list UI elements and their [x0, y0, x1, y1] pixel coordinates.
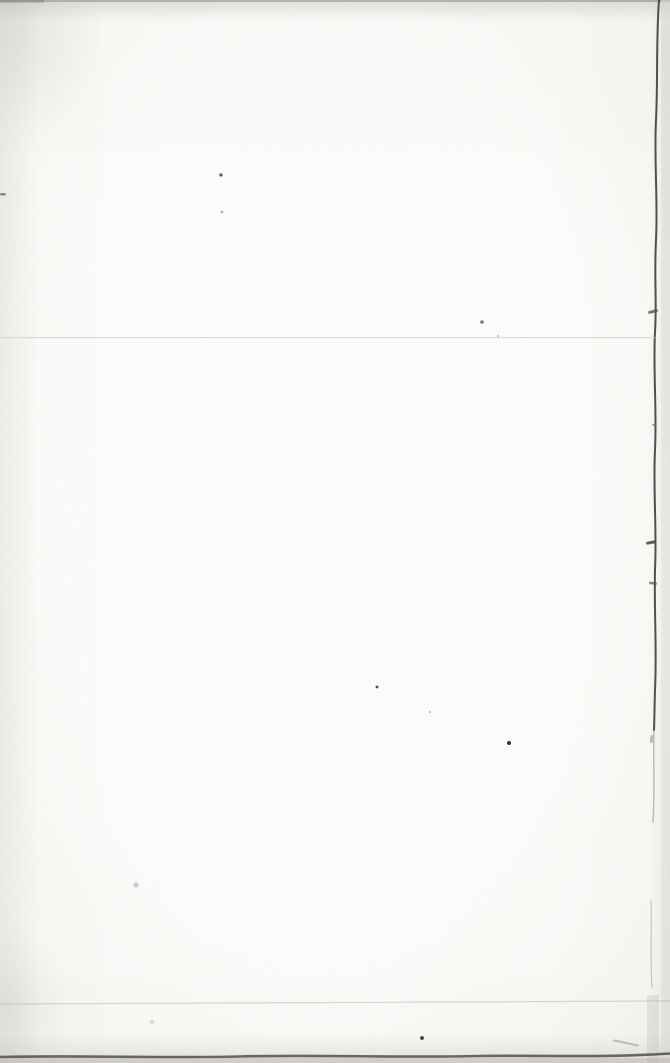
book-edge-line-faded: [653, 730, 654, 822]
paper-grain: [0, 0, 670, 1063]
ink-speck: [480, 320, 484, 324]
below-bottom-band: [0, 1058, 670, 1063]
ink-speck: [376, 686, 379, 689]
top-edge-line-left-segment: [0, 0, 44, 3]
ink-speck: [497, 335, 499, 337]
ink-speck: [221, 211, 224, 214]
top-edge-line: [0, 0, 670, 2]
scan-mark: [0, 193, 6, 196]
faint-scan-line-upper: [0, 337, 656, 338]
paper-grain-bottom-band: [0, 980, 670, 1063]
scan-artifacts-layer: [0, 0, 670, 1063]
right-margin-shade: [661, 0, 670, 1063]
paper-grain-top-band: [0, 0, 670, 150]
paper-grain-left-band: [0, 0, 100, 1063]
ink-speck: [219, 173, 222, 176]
ink-speck: [507, 741, 511, 745]
bottom-right-corner-noise: [647, 995, 659, 1063]
paper-grain-right-band: [590, 0, 670, 1063]
scan-mark: [652, 424, 656, 426]
ink-speck: [133, 882, 138, 887]
scanned-page: [0, 0, 670, 1063]
ink-speck: [429, 711, 431, 713]
ink-speck: [150, 1020, 154, 1024]
ink-speck: [420, 1036, 424, 1040]
